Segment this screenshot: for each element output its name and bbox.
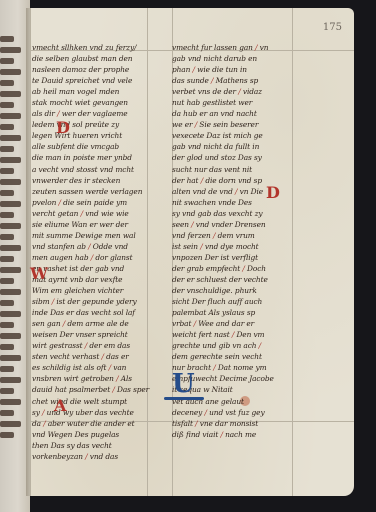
manuscript-line: als dir / wer der vaglaeme <box>32 108 156 119</box>
previous-leaf-text-line <box>0 322 14 328</box>
manuscript-line: zeuten sassen werde verlagen <box>32 186 156 197</box>
manuscript-line: das sunde / Mathens sp <box>172 75 304 86</box>
previous-leaf-text-line <box>0 278 14 284</box>
manuscript-line: en vashet ist der gab vnd <box>32 263 156 274</box>
manuscript-line: gab vnd nicht darub en <box>172 53 304 64</box>
previous-leaf-text-line <box>0 168 14 174</box>
previous-leaf-text-line <box>0 91 21 97</box>
manuscript-line: da hub er an vnd nacht <box>172 108 304 119</box>
left-text-column: vmecht sllhken vnd zu ferzy/die selben g… <box>32 42 156 462</box>
manuscript-line: sie eliume Wan er wer der <box>32 219 156 230</box>
manuscript-line: wirt gestrasst / der em das <box>32 340 156 351</box>
manuscript-line: vmecht fur lassen gan / vn <box>172 42 304 53</box>
previous-leaf-text-line <box>0 344 14 350</box>
manuscript-line: ab heil man vogel mden <box>32 86 156 97</box>
previous-leaf-text-line <box>0 113 21 119</box>
manuscript-line: vnwerder des ir stecken <box>32 175 156 186</box>
red-initial: A <box>54 396 66 415</box>
manuscript-line: nit swachen vnde Des <box>172 197 304 208</box>
manuscript-line: der grab empfecht / Doch <box>172 263 304 274</box>
manuscript-line: vnd stanfen ab / Odde vnd <box>32 241 156 252</box>
manuscript-line: es schildig ist als oft / van <box>32 362 156 373</box>
manuscript-line: weisen Der vnser spreicht <box>32 329 156 340</box>
previous-leaf-text-line <box>0 124 14 130</box>
manuscript-line: vrbat / Wee and dar er <box>172 318 304 329</box>
manuscript-line: sucht nur das vent nit <box>172 164 304 175</box>
red-initial: D <box>56 118 70 137</box>
previous-leaf-text-line <box>0 421 21 427</box>
previous-leaf-text-line <box>0 157 21 163</box>
manuscript-line: sen gan / dem arme ale de <box>32 318 156 329</box>
manuscript-line: vnpozen Der ist verfligt <box>172 252 304 263</box>
manuscript-line: deceney / und vst fuz gey <box>172 407 304 418</box>
manuscript-line: mat ayrnt vnb dar vexfte <box>32 274 156 285</box>
manuscript-line: ist sein / vnd dye mocht <box>172 241 304 252</box>
previous-leaf-text-line <box>0 432 14 438</box>
manuscript-line: sy vnd gab das vexcht zy <box>172 208 304 219</box>
previous-leaf-text-line <box>0 58 14 64</box>
manuscript-line: tisfalt / vne dar monsist <box>172 418 304 429</box>
manuscript-line: die selben glaubst man den <box>32 53 156 64</box>
manuscript-line: mit summe Dewige men wal <box>32 230 156 241</box>
manuscript-line: alle subfent die vmcgab <box>32 141 156 152</box>
manuscript-line: nut hab gestlistet wer <box>172 97 304 108</box>
manuscript-line: dem gerechte sein vecht <box>172 351 304 362</box>
folio-number: 175 <box>323 22 342 33</box>
manuscript-line: da / aber wuter die ander et <box>32 418 156 429</box>
previous-leaf-text-line <box>0 333 21 339</box>
manuscript-line: chet wind die welt stumpt <box>32 396 156 407</box>
previous-leaf-text-line <box>0 366 14 372</box>
previous-leaf-text-line <box>0 69 21 75</box>
margin-rule <box>30 8 31 496</box>
manuscript-line: der glod und stoz Das sy <box>172 152 304 163</box>
manuscript-line: vnsbren wirt getroben / Als <box>32 373 156 384</box>
red-initial: D <box>266 183 280 202</box>
manuscript-line: legen Wirt hueren vricht <box>32 130 156 141</box>
manuscript-line: seen / vnd vnder Drensen <box>172 219 304 230</box>
manuscript-line: weicht fert nast / Den vm <box>172 329 304 340</box>
previous-leaf-text-line <box>0 311 21 317</box>
manuscript-line: die man in poiste mer ynbd <box>32 152 156 163</box>
manuscript-line: vexecete Daz ist mich ge <box>172 130 304 141</box>
previous-leaf-text-line <box>0 256 14 262</box>
manuscript-line: inde Das er das vecht sol laf <box>32 307 156 318</box>
manuscript-line: sy / und wy uber das vechte <box>32 407 156 418</box>
previous-leaf-text-line <box>0 399 21 405</box>
previous-leaf-text-line <box>0 190 14 196</box>
previous-leaf-text-line <box>0 410 14 416</box>
manuscript-line: te Dauid spreichet vnd vele <box>32 75 156 86</box>
manuscript-line: nasleen damoz der prophe <box>32 64 156 75</box>
manuscript-line: we er / Sie sein beserer <box>172 119 304 130</box>
previous-leaf-text-line <box>0 234 14 240</box>
previous-leaf-text-line <box>0 179 21 185</box>
previous-leaf-text-line <box>0 135 21 141</box>
manuscript-line: stak mocht wiet gevangen <box>32 97 156 108</box>
previous-leaf-text-line <box>0 267 21 273</box>
previous-leaf-text-line <box>0 289 21 295</box>
manuscript-line: vorkenbeyzan / vnd das <box>32 451 156 462</box>
manuscript-line: sten vecht verhast / das er <box>32 351 156 362</box>
manuscript-scan: 175 vmecht sllhken vnd zu ferzy/die selb… <box>0 0 376 512</box>
manuscript-line: der vnschuldige. phurk <box>172 285 304 296</box>
manuscript-line: a vecht vnd stosst vnd mcht <box>32 164 156 175</box>
manuscript-line: verbet vns de der / vidaz <box>172 86 304 97</box>
manuscript-line: dauid hat psalmerbet / Das sper <box>32 384 156 395</box>
manuscript-line: grechte und gib vn ach / <box>172 340 304 351</box>
previous-leaf-text-line <box>0 36 14 42</box>
manuscript-line: pvelon / die sein paide ym <box>32 197 156 208</box>
previous-leaf-text-line <box>0 212 14 218</box>
blue-decorated-initial: U <box>172 372 200 396</box>
manuscript-line: Wim em gleichen vichter <box>32 285 156 296</box>
previous-leaf-text-line <box>0 47 21 53</box>
previous-leaf-text-line <box>0 201 21 207</box>
initial-flourish <box>164 397 204 400</box>
red-initial: W <box>30 264 48 283</box>
manuscript-line: phan / wie die tun in <box>172 64 304 75</box>
manuscript-line: sibm / ist der gepunde ydery <box>32 296 156 307</box>
previous-leaf-text-line <box>0 223 21 229</box>
previous-leaf-text-line <box>0 80 14 86</box>
previous-leaf-text-line <box>0 388 14 394</box>
manuscript-line: men augen hab / dor glanst <box>32 252 156 263</box>
previous-leaf-text-line <box>0 245 21 251</box>
manuscript-line: diß find viait / nach me <box>172 429 304 440</box>
manuscript-line: gab vnd nicht da fullt in <box>172 141 304 152</box>
previous-leaf-text-line <box>0 300 14 306</box>
manuscript-line: vnd ferzen / dem vrum <box>172 230 304 241</box>
manuscript-line: vercht getan / vnd wie wie <box>32 208 156 219</box>
manuscript-line: palembat Als yslaus sp <box>172 307 304 318</box>
blue-initial-letter: U <box>172 369 195 399</box>
manuscript-line: ledem vnd sol preüte zy <box>32 119 156 130</box>
manuscript-line: der er schluest der vechte <box>172 274 304 285</box>
manuscript-line: vmecht sllhken vnd zu ferzy/ <box>32 42 156 53</box>
manuscript-line: sicht Der fluch auff auch <box>172 296 304 307</box>
manuscript-line: alten vnd de vnd / vn Die <box>172 186 304 197</box>
previous-leaf-text-line <box>0 377 21 383</box>
manuscript-line: der hat / die dorn vnd sp <box>172 175 304 186</box>
manuscript-line: vnd Wegen Des pugelas <box>32 429 156 440</box>
previous-leaf-text-line <box>0 146 14 152</box>
manuscript-line: then Das sy das vecht <box>32 440 156 451</box>
previous-leaf-text-line <box>0 355 21 361</box>
previous-leaf-text-line <box>0 102 14 108</box>
